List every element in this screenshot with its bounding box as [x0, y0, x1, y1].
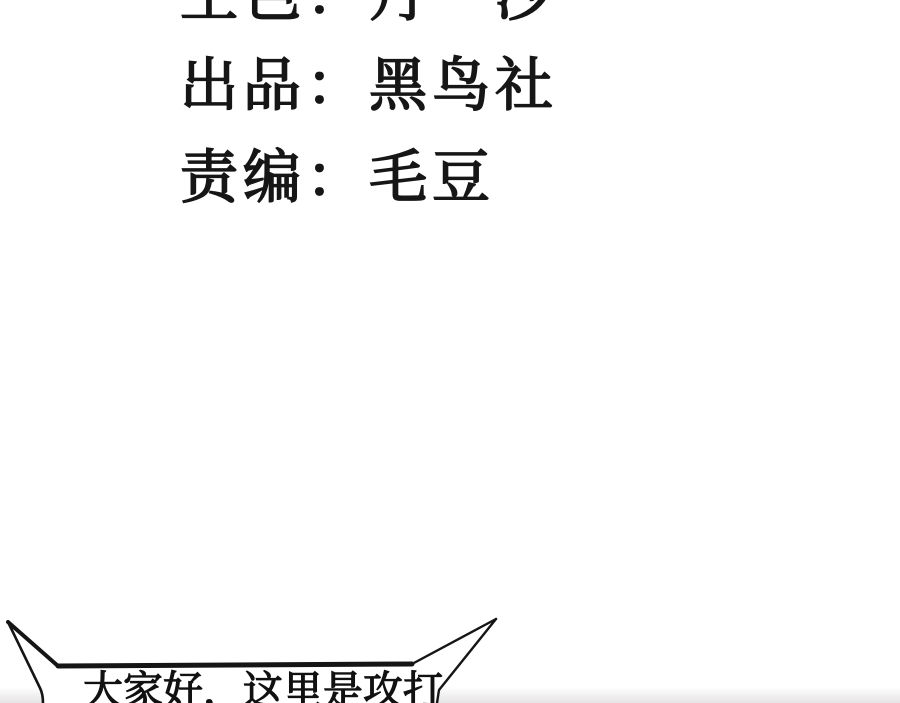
bubble-top-edge	[58, 664, 412, 666]
comic-page: 主色：月 沙 出品：黑鸟社 责编：毛豆 大家好，这里是攻打	[0, 0, 900, 703]
speech-bubble	[0, 0, 900, 703]
speech-bubble-text: 大家好，这里是攻打	[83, 671, 443, 703]
